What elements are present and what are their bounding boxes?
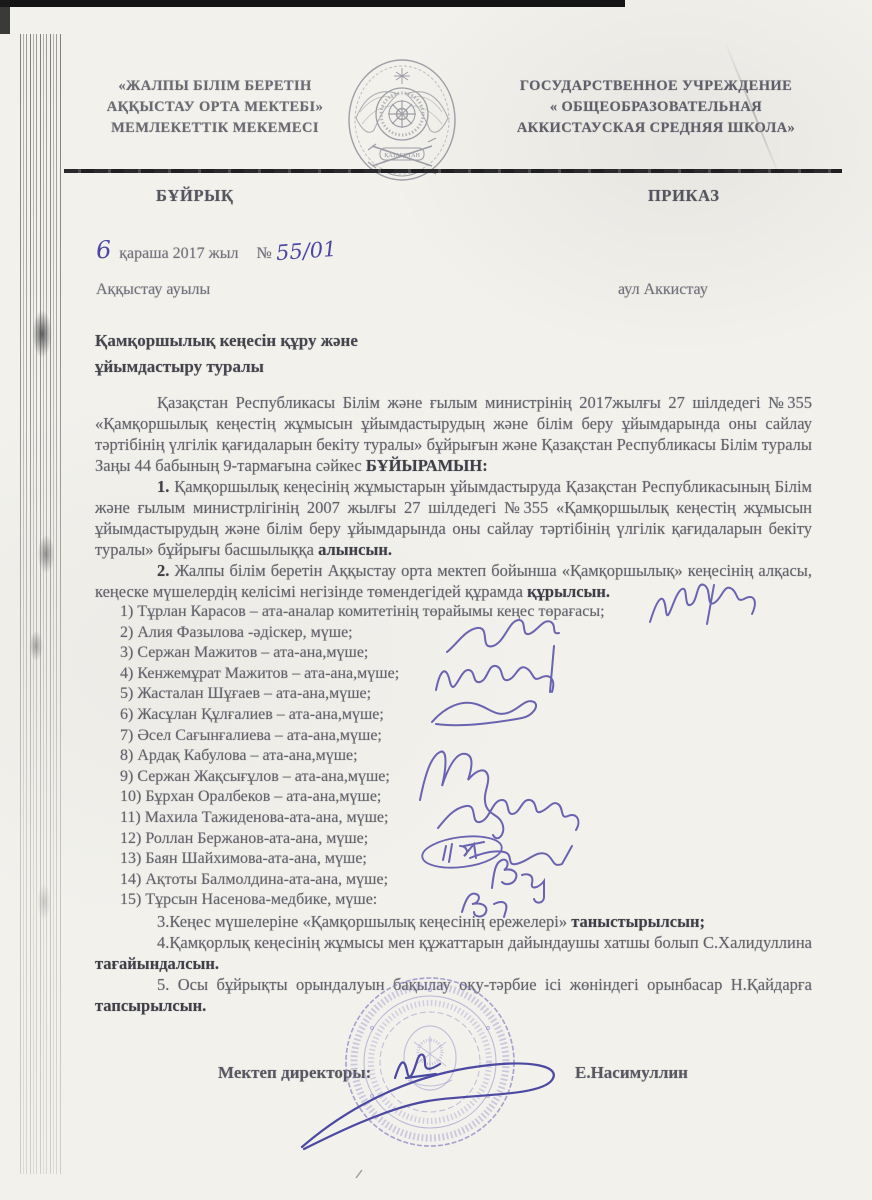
org-ru-line: АККИСТАУСКАЯ СРЕДНЯЯ ШКОЛА» (488, 118, 824, 139)
council-members-list: 1) Тұрлан Карасов – ата-аналар комитетін… (120, 602, 812, 911)
member-row: 2) Алия Фазылова -әдіскер, мүше; (120, 623, 812, 644)
member-row: 11) Махила Тажиденова-ата-ана, мүше; (120, 808, 812, 829)
org-kk-line: АҚҚЫСТАУ ОРТА МЕКТЕБІ» (84, 97, 346, 118)
order-item-3: 3.Кеңес мүшелеріне «Қамқоршылық кеңесіні… (95, 911, 812, 932)
order-item-5: 5. Осы бұйрықты орындалуын бақылау оқу-т… (95, 974, 812, 1016)
member-row: 14) Ақтоты Балмолдина-ата-ана, мүше; (120, 870, 812, 891)
item1-bold: алынсын. (318, 540, 392, 559)
item5-text: 5. Осы бұйрықты орындалуын бақылау оқу-т… (157, 975, 812, 994)
scan-left-edge-smudge (20, 34, 62, 1174)
member-row: 7) Әсел Сағынғалиева – ата-ана,мүше; (120, 726, 812, 747)
org-ru-line: « ОБЩЕОБРАЗОВАТЕЛЬНАЯ (488, 97, 824, 118)
member-row: 9) Сержан Жақсығұлов – ата-ана,мүше; (120, 767, 812, 788)
member-row: 13) Баян Шайхимова-ата-ана, мүше; (120, 849, 812, 870)
subject-line: ұйымдастыру туралы (95, 354, 358, 380)
emblem-banner-text: ҚАЗАҚСТАН (384, 153, 420, 159)
item1-text: Қамқоршылық кеңесінің жұмыстарын ұйымдас… (95, 477, 812, 559)
item2-number: 2. (157, 561, 169, 580)
item3-text: 3.Кеңес мүшелеріне «Қамқоршылық кеңесіні… (157, 912, 571, 931)
scan-top-edge (0, 0, 625, 7)
member-row: 1) Тұрлан Карасов – ата-аналар комитетін… (120, 602, 812, 623)
printed-date: қараша 2017 жыл (119, 245, 238, 262)
member-row: 5) Жасталан Шұғаев – ата-ана,мүше; (120, 684, 812, 705)
order-item-4: 4.Қамқорлық кеңесінің жұмысы мен құжатта… (95, 932, 812, 974)
subject-line: Қамқоршылық кеңесін құру және (95, 328, 358, 354)
member-row: 10) Бұрхан Оралбеков – ата-ана,мүше; (120, 787, 812, 808)
org-ru-line: ГОСУДАРСТВЕННОЕ УЧРЕЖДЕНИЕ (488, 76, 824, 97)
member-row: 6) Жасұлан Құлғалиев – ата-ана,мүше; (120, 705, 812, 726)
item3-bold: таныстырылсын; (571, 912, 705, 931)
order-item-2: 2. Жалпы білім беретін Аққыстау орта мек… (95, 560, 812, 602)
date-number-line: 6 қараша 2017 жыл № 55/01 (96, 236, 336, 264)
item4-bold: тағайындалсын. (95, 954, 219, 973)
item2-bold: құрылсын. (527, 582, 610, 601)
intro-bold: БҰЙЫРАМЫН: (366, 456, 488, 475)
item5-bold: тапсырылсын. (95, 996, 206, 1015)
number-sign: № (256, 245, 271, 262)
header-divider-line (64, 169, 842, 173)
doc-type-russian: ПРИКАЗ (648, 186, 720, 206)
handwritten-number: 55/01 (275, 237, 337, 265)
intro-paragraph: Қазақстан Республикасы Білім және ғылым … (95, 392, 812, 476)
order-body: Қазақстан Республикасы Білім және ғылым … (95, 392, 812, 1016)
member-row: 4) Кенжемұрат Мажитов – ата-ана,мүше; (120, 664, 812, 685)
order-item-1: 1. Қамқоршылық кеңесінің жұмыстарын ұйым… (95, 476, 812, 560)
director-title: Мектеп директоры: (218, 1063, 371, 1083)
member-row: 8) Ардақ Кабулова – ата-ана,мүше; (120, 746, 812, 767)
place-russian: аул Аккистау (618, 281, 708, 299)
organization-name-russian: ГОСУДАРСТВЕННОЕ УЧРЕЖДЕНИЕ « ОБЩЕОБРАЗОВ… (488, 76, 824, 139)
org-kk-line: МЕМЛЕКЕТТІК МЕКЕМЕСІ (84, 118, 346, 139)
handwritten-day: 6 (95, 236, 112, 265)
item1-number: 1. (157, 477, 169, 496)
director-name: Е.Насимуллин (575, 1063, 688, 1083)
scan-stray-mark (356, 1170, 362, 1178)
org-kk-line: «ЖАЛПЫ БІЛІМ БЕРЕТІН (84, 76, 346, 97)
member-row: 15) Тұрсын Насенова-медбике, мүше: (120, 890, 812, 911)
place-kazakh: Аққыстау ауылы (96, 281, 210, 299)
item4-text: 4.Қамқорлық кеңесінің жұмысы мен құжатта… (157, 933, 812, 952)
scanned-order-document: «ЖАЛПЫ БІЛІМ БЕРЕТІН АҚҚЫСТАУ ОРТА МЕКТЕ… (0, 0, 872, 1200)
doc-type-kazakh: БҰЙРЫҚ (156, 186, 234, 206)
order-subject: Қамқоршылық кеңесін құру және ұйымдастыр… (95, 328, 358, 380)
member-row: 12) Роллан Бержанов-ата-ана, мүше; (120, 829, 812, 850)
item2-text: Жалпы білім беретін Аққыстау орта мектеп… (95, 561, 812, 601)
scan-corner-mark (0, 0, 10, 34)
kazakhstan-emblem-icon: ҚАЗАҚСТАН (342, 54, 462, 186)
member-row: 3) Сержан Мажитов – ата-ана,мүше; (120, 643, 812, 664)
organization-name-kazakh: «ЖАЛПЫ БІЛІМ БЕРЕТІН АҚҚЫСТАУ ОРТА МЕКТЕ… (84, 76, 346, 139)
